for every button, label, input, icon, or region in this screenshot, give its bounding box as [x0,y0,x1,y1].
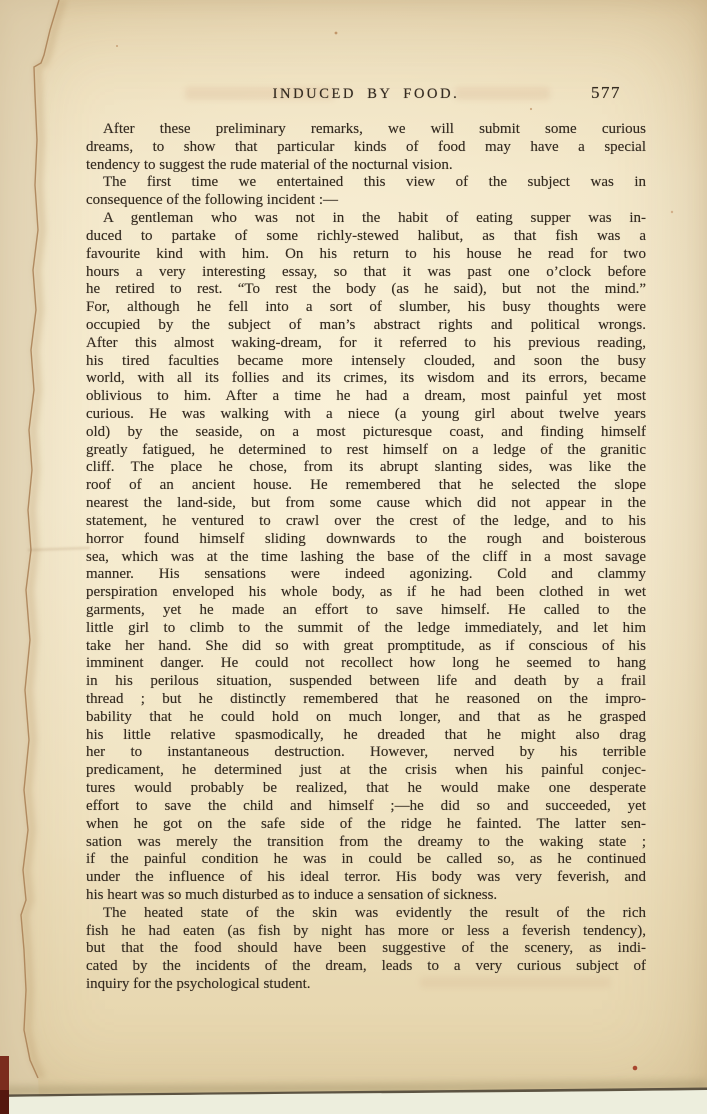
text-line: take her hand. She did so with great pro… [86,638,646,656]
text-line: if the painful condition he was in could… [86,851,646,869]
text-line: statement, he ventured to crawl over the… [86,513,646,531]
text-line: nearest the land-side, but from some cau… [86,495,646,513]
page-number: 577 [591,83,621,103]
text-line: he retired to rest. “To rest the body (a… [86,281,646,299]
text-line: tendency to suggest the rude material of… [86,157,646,175]
text-line: tures would probably be realized, that h… [86,780,646,798]
text-line: thread ; but he distinctly remembered th… [86,691,646,709]
text-line: his tired faculties became more intensel… [86,353,646,371]
text-line: curious. He was walking with a niece (a … [86,406,646,424]
text-line: his heart was so much disturbed as to in… [86,887,646,905]
text-line: inquiry for the psychological student. [86,976,646,994]
text-line: favourite kind with him. On his return t… [86,246,646,264]
text-line: roof of an ancient house. He remembered … [86,477,646,495]
paragraph: After these preliminary remarks, we will… [86,121,646,174]
text-line: consequence of the following incident :— [86,192,646,210]
text-line: greatly fatigued, he determined to rest … [86,442,646,460]
text-line: occupied by the subject of man’s abstrac… [86,317,646,335]
text-line: predicament, he determined just at the c… [86,762,646,780]
paragraph: The heated state of the skin was evident… [86,905,646,994]
paragraph: A gentleman who was not in the habit of … [86,210,646,905]
text-line: sation was merely the transition from th… [86,834,646,852]
text-line: old) by the seaside, on a most picturesq… [86,424,646,442]
text-line: when he got on the safe side of the ridg… [86,816,646,834]
text-line: effort to save the child and himself ;—h… [86,798,646,816]
text-line: world, with all its follies and its crim… [86,370,646,388]
text-line: his little relative spasmodically, he dr… [86,727,646,745]
text-line: garments, yet he made an effort to save … [86,602,646,620]
text-line: dreams, to show that particular kinds of… [86,139,646,157]
text-line: her to instantaneous destruction. Howeve… [86,744,646,762]
text-line: hours a very interesting essay, so that … [86,264,646,282]
text-line: fish he had eaten (as fish by night has … [86,923,646,941]
text-line: sea, which was at the time lashing the b… [86,549,646,567]
text-line: For, although he fell into a sort of slu… [86,299,646,317]
text-line: perspiration enveloped his whole body, a… [86,584,646,602]
paragraph: The first time we entertained this view … [86,174,646,210]
running-title: INDUCED BY FOOD. [86,86,646,103]
text-line: manner. His sensations were indeed agoni… [86,566,646,584]
text-line: bability that he could hold on much long… [86,709,646,727]
text-line: oblivious to him. After a time he had a … [86,388,646,406]
scanned-book-page: { "colors": { "ink": "#342b21", "paper":… [0,0,707,1114]
running-header: INDUCED BY FOOD. 577 [86,86,646,106]
text-line: cliff. The place he chose, from its abru… [86,459,646,477]
text-line: cated by the incidents of the dream, lea… [86,958,646,976]
text-line: little girl to climb to the summit of th… [86,620,646,638]
text-line: in his perilous situation, suspended bet… [86,673,646,691]
text-line: under the influence of his ideal terror.… [86,869,646,887]
text-line: The heated state of the skin was evident… [86,905,646,923]
text-line: imminent danger. He could not recollect … [86,655,646,673]
text-line: duced to partake of some richly-stewed h… [86,228,646,246]
text-line: but that the food should have been sugge… [86,940,646,958]
text-line: A gentleman who was not in the habit of … [86,210,646,228]
text-line: The first time we entertained this view … [86,174,646,192]
text-line: After these preliminary remarks, we will… [86,121,646,139]
text-line: After this almost waking-dream, for it r… [86,335,646,353]
text-line: horror found himself sliding downwards t… [86,531,646,549]
text-block: After these preliminary remarks, we will… [86,121,646,994]
